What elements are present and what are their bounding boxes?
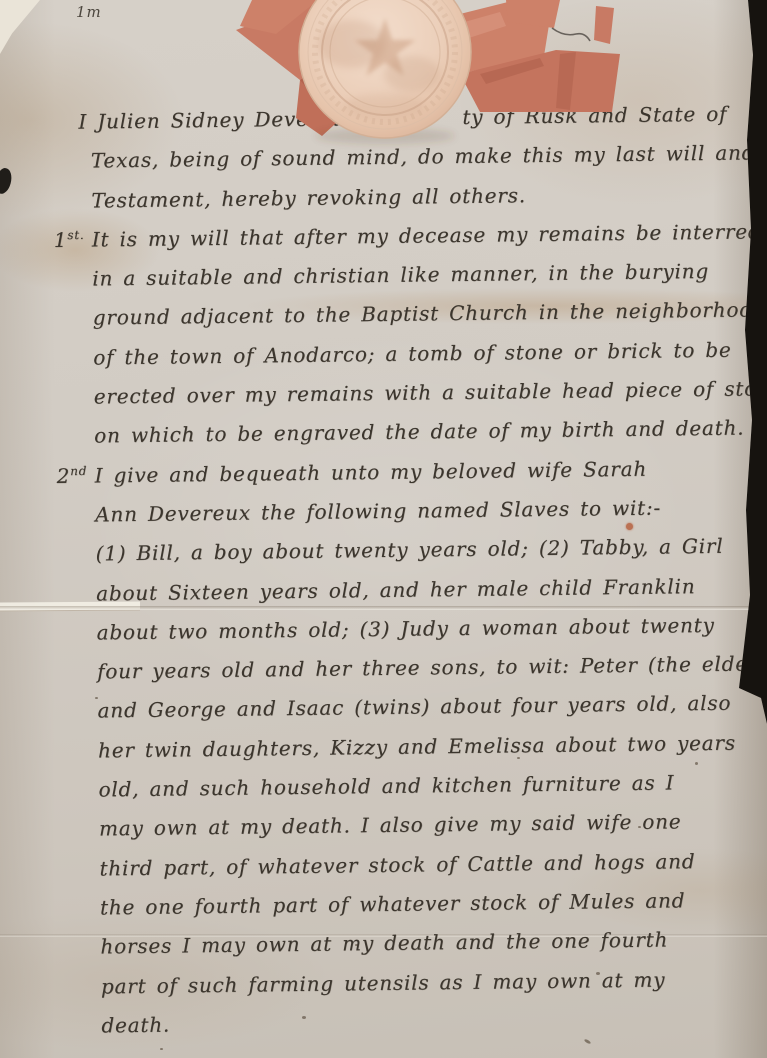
line-text: I give and bequeath unto my beloved wife… <box>95 456 648 487</box>
line-text: her twin daughters, Kizzy and Emelissa a… <box>98 730 736 762</box>
line-text: in a suitable and christian like manner,… <box>92 259 709 291</box>
line-text: (1) Bill, a boy about twenty years old; … <box>96 534 724 566</box>
line-text: erected over my remains with a suitable … <box>94 376 767 408</box>
line-text: about Sixteen years old, and her male ch… <box>96 574 696 605</box>
line-text: on which to be engraved the date of my b… <box>94 416 744 448</box>
section-ordinal: 1st. <box>54 220 85 260</box>
manuscript-text: I Julien Sidney Devereu ty of Rusk and S… <box>0 94 767 1046</box>
line-text: Ann Devereux the following named Slaves … <box>95 496 661 527</box>
line-text: third part, of whatever stock of Cattle … <box>99 849 695 880</box>
document-page: 1m I Julien Sidney Devereu ty of Rusk an… <box>0 0 767 1058</box>
line-text: It is my will that after my decease my r… <box>92 219 762 251</box>
line-text: of the town of Anodarco; a tomb of stone… <box>93 337 732 369</box>
line-text: about two months old; (3) Judy a woman a… <box>96 613 714 645</box>
line-text: old, and such household and kitchen furn… <box>98 770 674 801</box>
line-text: and George and Isaac (twins) about four … <box>97 691 731 723</box>
line-text: the one fourth part of whatever stock of… <box>100 888 686 919</box>
line-text: four years old and her three sons, to wi… <box>97 651 767 683</box>
paper-speck <box>160 1048 163 1050</box>
line-text: horses I may own at my death and the one… <box>100 928 668 959</box>
line-text: death. <box>101 1012 170 1037</box>
photo-background: 1m I Julien Sidney Devereu ty of Rusk an… <box>0 0 767 1058</box>
manuscript-line: death. <box>5 998 767 1047</box>
line-text: may own at my death. I also give my said… <box>99 810 682 841</box>
line-text: ground adjacent to the Baptist Church in… <box>93 298 766 330</box>
line-text: part of such farming utensils as I may o… <box>101 967 666 998</box>
section-ordinal: 2nd <box>56 456 87 496</box>
seal-ribbon-group <box>0 0 767 215</box>
